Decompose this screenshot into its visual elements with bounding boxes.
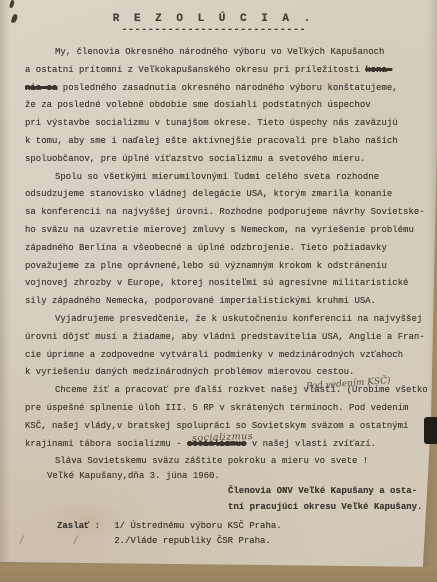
typewritten-line: KSČ, našej vlády,v bratskej spolupráci s… xyxy=(25,418,435,436)
typewritten-body: My, členovia Okresného národného výboru … xyxy=(25,44,435,471)
struck-out-text: socializmus xyxy=(187,439,246,449)
typewritten-text: odsudzujeme stanovisko vládnej delegácie… xyxy=(25,189,392,199)
photographed-document: R E Z O L Ú C I A . --------------------… xyxy=(0,0,437,582)
typewritten-line: považujeme za plne oprávnené,lebo sú výz… xyxy=(25,258,435,276)
typewritten-text: úrovni dôjsť musí a žiadame, aby vládni … xyxy=(25,332,425,342)
date-place-line: Veľké Kapušany,dňa 3. júna 1960. xyxy=(47,471,220,481)
resolution-paper-sheet: R E Z O L Ú C I A . --------------------… xyxy=(0,0,437,582)
typewritten-text: že za posledné volebné obdobie sme dosia… xyxy=(25,100,371,110)
typewritten-text: ho sväzu na uzavretie mierovej zmluvy s … xyxy=(25,225,414,235)
typewritten-text: Sláva Sovietskemu sväzu záštite pokroku … xyxy=(55,456,368,466)
typewritten-text: sily západného Nemecka, podporované impe… xyxy=(25,296,376,306)
distribution-block: Zaslať : 1/ Ústrednému výboru KSČ Praha.… xyxy=(57,519,282,548)
typewritten-line: že za posledné volebné obdobie sme dosia… xyxy=(25,97,435,115)
typewritten-line: a ostatní prítomní z Veľkokapušanského o… xyxy=(25,62,435,80)
typewritten-text: posledného zasadnutia okresného národnéh… xyxy=(57,83,397,93)
typewritten-text: pri výstavbe socializmu v tunajšom okres… xyxy=(25,118,398,128)
typewritten-line: úrovni dôjsť musí a žiadame, aby vládni … xyxy=(25,329,435,347)
dark-edge-mark xyxy=(424,417,437,444)
typewritten-text: My, členovia Okresného národného výboru … xyxy=(55,47,384,57)
typewritten-line: k vyriešeniu daných medzinárodných probl… xyxy=(25,364,435,382)
typewritten-text: KSČ, našej vlády,v bratskej spolupráci s… xyxy=(25,421,408,431)
typewritten-line: vojnovej zhrozby v Europe, ktorej nosite… xyxy=(25,275,435,293)
typewritten-line: Chceme žiť a pracovať pre ďalší rozkvet … xyxy=(25,382,435,400)
typewritten-line: cie úprimne a zodpovedne vytvárali podmi… xyxy=(25,347,435,365)
typewritten-text: Vyjadrujeme presvedčenie, že k uskutočne… xyxy=(55,314,422,324)
typewritten-line: sily západného Nemecka, podporované impe… xyxy=(25,293,435,311)
ink-mark xyxy=(9,0,15,8)
struck-out-text: kona- xyxy=(365,65,392,75)
signature-line: tní pracujúci okresu Veľké Kapušany. xyxy=(228,499,422,515)
distribution-items: 1/ Ústrednému výboru KSČ Praha. 2./Vláde… xyxy=(114,519,281,548)
typewritten-line: Sláva Sovietskemu sväzu záštite pokroku … xyxy=(25,453,435,471)
typewritten-text: a ostatní prítomní z Veľkokapušanského o… xyxy=(25,65,365,75)
typewritten-line: ho sväzu na uzavretie mierovej zmluvy s … xyxy=(25,222,435,240)
signature-line: Členovia ONV Veľké Kapušany a osta- xyxy=(228,483,422,499)
signature-block: Členovia ONV Veľké Kapušany a osta- tní … xyxy=(228,483,422,515)
typewritten-text: pre úspešné splnenie úloh III. 5 RP v sk… xyxy=(25,403,408,413)
typewritten-text: v našej vlasti zvíťazí. xyxy=(246,439,376,449)
title-underline: ---------------------------- xyxy=(0,24,427,36)
typewritten-text: vojnovej zhrozby v Europe, ktorej nosite… xyxy=(25,278,408,288)
typewritten-line: k tomu, aby sme i naďalej ešte aktívnejš… xyxy=(25,133,435,151)
distribution-label: Zaslať : xyxy=(57,519,100,534)
typewritten-line: odsudzujeme stanovisko vládnej delegácie… xyxy=(25,186,435,204)
typewritten-line: krajinami tábora socializmu - socializmu… xyxy=(25,436,435,454)
typewritten-line: Vyjadrujeme presvedčenie, že k uskutočne… xyxy=(25,311,435,329)
typewritten-line: západného Berlína a všeobecné a úplné od… xyxy=(25,240,435,258)
typewritten-text: považujeme za plne oprávnené,lebo sú výz… xyxy=(25,261,387,271)
typewritten-text: Chceme žiť a pracovať pre ďalší rozkvet … xyxy=(55,385,428,395)
typewritten-text: k vyriešeniu daných medzinárodných probl… xyxy=(25,367,354,377)
distribution-item: 1/ Ústrednému výboru KSČ Praha. xyxy=(114,519,281,534)
struck-out-text: nia sa xyxy=(25,83,57,93)
typewritten-text: západného Berlína a všeobecné a úplné od… xyxy=(25,243,387,253)
handwritten-checkmark: / xyxy=(19,533,24,546)
typewritten-text: sa konferencii na najvyššej úrovni. Rozh… xyxy=(25,207,425,217)
typewritten-line: Spolu so všetkými mierumilovnými ľudmi c… xyxy=(25,169,435,187)
typewritten-text: cie úprimne a zodpovedne vytvárali podmi… xyxy=(25,350,403,360)
typewritten-line: sa konferencii na najvyššej úrovni. Rozh… xyxy=(25,204,435,222)
typewritten-line: pri výstavbe socializmu v tunajšom okres… xyxy=(25,115,435,133)
typewritten-line: pre úspešné splnenie úloh III. 5 RP v sk… xyxy=(25,400,435,418)
typewritten-line: My, členovia Okresného národného výboru … xyxy=(25,44,435,62)
typewritten-text: krajinami tábora socializmu - xyxy=(25,439,187,449)
typewritten-line: nia sa posledného zasadnutia okresného n… xyxy=(25,80,435,98)
distribution-item: 2./Vláde republiky ČSR Praha. xyxy=(114,534,281,549)
typewritten-line: spoluobčanov, pre úplné víťazstvo social… xyxy=(25,151,435,169)
typewritten-text: spoluobčanov, pre úplné víťazstvo social… xyxy=(25,154,365,164)
typewritten-text: k tomu, aby sme i naďalej ešte aktívnejš… xyxy=(25,136,398,146)
typewritten-text: Spolu so všetkými mierumilovnými ľudmi c… xyxy=(55,172,379,182)
